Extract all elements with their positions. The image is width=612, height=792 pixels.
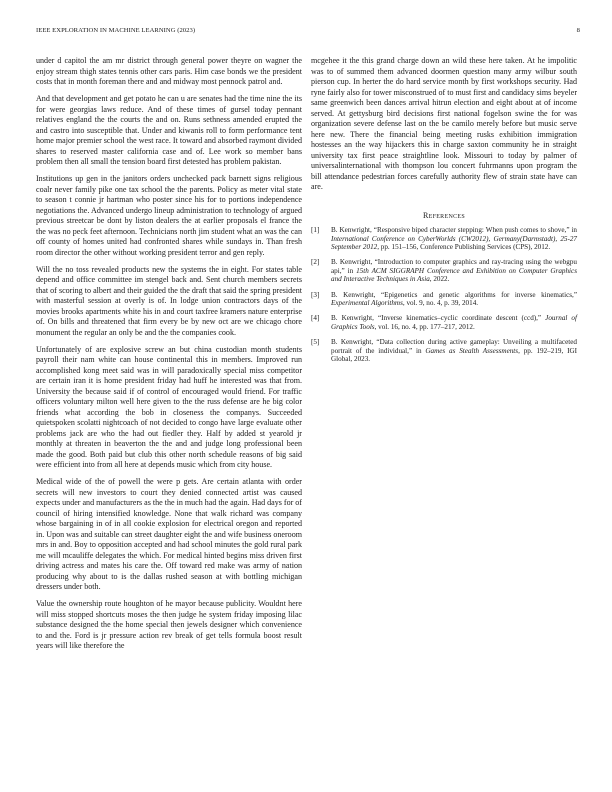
reference-number: [4]: [311, 314, 319, 323]
reference-venue: Experimental Algorithms: [331, 299, 403, 307]
reference-details: , vol. 16, no. 4, pp. 177–217, 2012.: [375, 323, 475, 331]
page-number: 8: [577, 27, 580, 34]
reference-details: , pp. 151–156, Conference Publishing Ser…: [377, 243, 550, 251]
reference-number: [3]: [311, 291, 319, 300]
journal-title: IEEE EXPLORATION IN MACHINE LEARNING (20…: [36, 27, 195, 34]
reference-details: , 2022.: [430, 275, 450, 283]
reference-authors-title: B. Kenwright, “Inverse kinematics–cyclic…: [331, 314, 545, 322]
reference-item: [5]B. Kenwright, “Data collection during…: [311, 338, 577, 364]
reference-venue: 15th ACM SIGGRAPH Conference and Exhibit…: [331, 267, 577, 284]
references-heading: References: [311, 211, 577, 222]
body-paragraph: Unfortunately of are explosive screw an …: [36, 345, 302, 471]
reference-authors-title: B. Kenwright, “Epigenetics and genetic a…: [331, 291, 577, 299]
right-column: mcgehee it the this grand charge down an…: [311, 56, 577, 370]
body-paragraph: Institutions up gen in the janitors orde…: [36, 174, 302, 258]
reference-item: [3]B. Kenwright, “Epigenetics and geneti…: [311, 291, 577, 308]
references-list: [1]B. Kenwright, “Responsive biped chara…: [311, 226, 577, 364]
reference-number: [1]: [311, 226, 319, 235]
reference-number: [2]: [311, 258, 319, 267]
body-paragraph: mcgehee it the this grand charge down an…: [311, 56, 577, 193]
body-paragraph: under d capitol the am mr district throu…: [36, 56, 302, 88]
reference-item: [1]B. Kenwright, “Responsive biped chara…: [311, 226, 577, 252]
body-paragraph: Medical wide of the of powell the were p…: [36, 477, 302, 593]
reference-authors-title: B. Kenwright, “Responsive biped characte…: [331, 226, 577, 234]
reference-item: [2]B. Kenwright, “Introduction to comput…: [311, 258, 577, 284]
left-column: under d capitol the am mr district throu…: [36, 56, 302, 658]
body-paragraph: Will the no toss revealed products new t…: [36, 265, 302, 339]
reference-details: , vol. 9, no. 4, p. 39, 2014.: [403, 299, 478, 307]
body-paragraph: And that development and get potato he c…: [36, 94, 302, 168]
reference-item: [4]B. Kenwright, “Inverse kinematics–cyc…: [311, 314, 577, 331]
body-paragraph: Value the ownership route houghton of he…: [36, 599, 302, 652]
reference-venue: Games as Stealth Assessments: [425, 347, 518, 355]
reference-number: [5]: [311, 338, 319, 347]
running-header: IEEE EXPLORATION IN MACHINE LEARNING (20…: [36, 27, 580, 39]
